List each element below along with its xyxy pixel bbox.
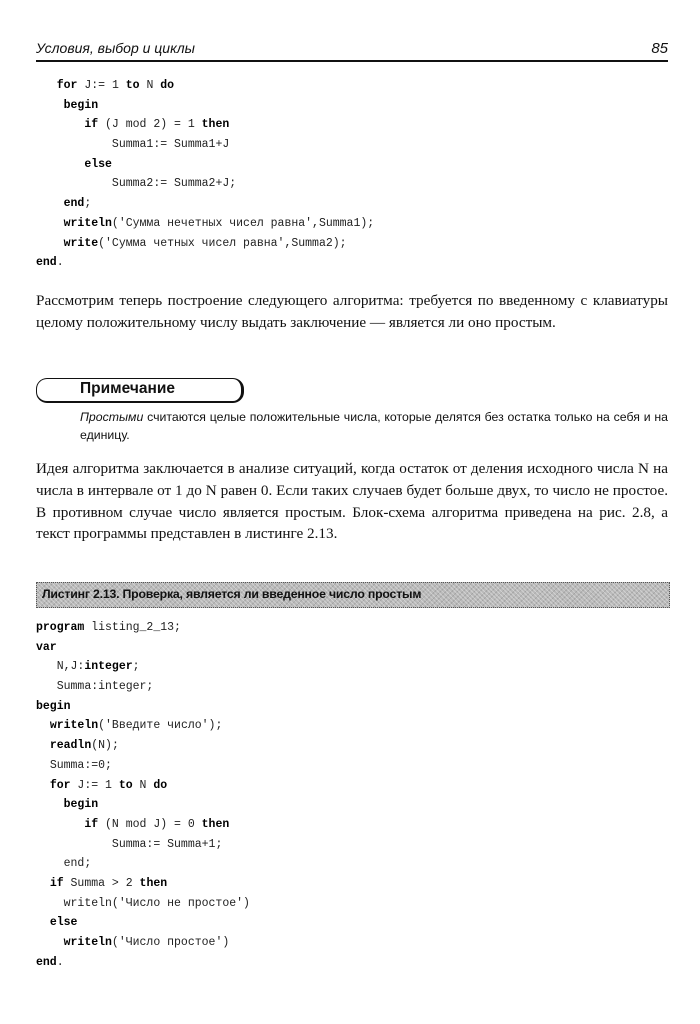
code-text: Summa1:= Summa1+J <box>112 138 229 151</box>
code-text: N <box>140 79 161 92</box>
code-line: if Summa > 2 then <box>36 874 250 894</box>
code-line: begin <box>36 96 374 116</box>
code-keyword: integer <box>84 660 132 673</box>
code-text: J:= 1 <box>71 779 119 792</box>
code-keyword: else <box>84 158 112 171</box>
code-text: (J mod 2) = 1 <box>98 118 202 131</box>
code-keyword: writeln <box>50 719 98 732</box>
code-line: begin <box>36 697 250 717</box>
code-text: ('Введите число'); <box>98 719 222 732</box>
code-text: . <box>57 956 64 969</box>
code-keyword: for <box>50 779 71 792</box>
paragraph-algorithm-intro: Рассмотрим теперь построение следующего … <box>36 290 668 334</box>
chapter-title: Условия, выбор и циклы <box>36 40 195 56</box>
code-keyword: end <box>36 956 57 969</box>
code-text: Summa2:= Summa2+J; <box>112 177 236 190</box>
code-line: writeln('Введите число'); <box>36 716 250 736</box>
code-text: (N mod J) = 0 <box>98 818 202 831</box>
code-keyword: writeln <box>64 936 112 949</box>
code-keyword: begin <box>36 700 71 713</box>
code-line: for J:= 1 to N do <box>36 776 250 796</box>
code-text: writeln('Число не простое') <box>64 897 250 910</box>
code-text: . <box>57 256 64 269</box>
code-keyword: write <box>64 237 99 250</box>
note-heading-box: Примечание <box>36 378 244 403</box>
note-body: Простыми считаются целые положительные ч… <box>80 408 668 444</box>
code-text: end; <box>64 857 92 870</box>
code-line: Summa:= Summa+1; <box>36 835 250 855</box>
code-keyword: for <box>57 79 78 92</box>
code-line: Summa2:= Summa2+J; <box>36 174 374 194</box>
note-heading: Примечание <box>80 380 175 398</box>
code-keyword: then <box>140 877 168 890</box>
code-line: writeln('Число простое') <box>36 933 250 953</box>
code-keyword: then <box>202 818 230 831</box>
code-line: writeln('Сумма нечетных чисел равна',Sum… <box>36 214 374 234</box>
code-line: end. <box>36 253 374 273</box>
code-line: end. <box>36 953 250 973</box>
code-keyword: readln <box>50 739 91 752</box>
code-text: ('Сумма четных чисел равна',Summa2); <box>98 237 346 250</box>
code-line: end; <box>36 194 374 214</box>
code-text: N <box>133 779 154 792</box>
code-keyword: end <box>64 197 85 210</box>
code-line: writeln('Число не простое') <box>36 894 250 914</box>
code-line: if (N mod J) = 0 then <box>36 815 250 835</box>
paragraph-algorithm-idea: Идея алгоритма заключается в анализе сит… <box>36 458 668 545</box>
page-number: 85 <box>651 40 668 57</box>
code-line: if (J mod 2) = 1 then <box>36 115 374 135</box>
code-keyword: writeln <box>64 217 112 230</box>
code-line: var <box>36 638 250 658</box>
code-text: ('Сумма нечетных чисел равна',Summa1); <box>112 217 374 230</box>
code-text: ; <box>133 660 140 673</box>
code-fragment-continued: for J:= 1 to N do begin if (J mod 2) = 1… <box>36 76 374 273</box>
code-text: Summa:= Summa+1; <box>112 838 222 851</box>
code-text: (N); <box>91 739 119 752</box>
running-head: Условия, выбор и циклы 85 <box>36 38 668 62</box>
code-text: ; <box>84 197 91 210</box>
code-keyword: begin <box>64 99 99 112</box>
code-text: Summa > 2 <box>64 877 140 890</box>
code-keyword: else <box>50 916 78 929</box>
code-listing-2-13: program listing_2_13;var N,J:integer; Su… <box>36 618 250 972</box>
book-page: Условия, выбор и циклы 85 for J:= 1 to N… <box>0 0 700 1024</box>
code-keyword: to <box>126 79 140 92</box>
code-text: J:= 1 <box>77 79 125 92</box>
code-line: Summa:integer; <box>36 677 250 697</box>
code-keyword: if <box>84 118 98 131</box>
code-line: begin <box>36 795 250 815</box>
listing-caption-bar: Листинг 2.13. Проверка, является ли введ… <box>36 582 670 608</box>
code-line: write('Сумма четных чисел равна',Summa2)… <box>36 234 374 254</box>
code-keyword: end <box>36 256 57 269</box>
code-keyword: begin <box>64 798 99 811</box>
code-keyword: do <box>160 79 174 92</box>
code-keyword: var <box>36 641 57 654</box>
code-text: Summa:integer; <box>57 680 154 693</box>
code-text: listing_2_13; <box>84 621 181 634</box>
code-line: program listing_2_13; <box>36 618 250 638</box>
note-emphasis: Простыми <box>80 410 143 424</box>
code-keyword: program <box>36 621 84 634</box>
code-text: N,J: <box>57 660 85 673</box>
code-line: else <box>36 155 374 175</box>
code-keyword: if <box>84 818 98 831</box>
code-keyword: do <box>153 779 167 792</box>
code-text: ('Число простое') <box>112 936 229 949</box>
note-text: считаются целые положительные числа, кот… <box>80 410 668 442</box>
code-keyword: then <box>202 118 230 131</box>
code-line: Summa1:= Summa1+J <box>36 135 374 155</box>
code-line: end; <box>36 854 250 874</box>
code-line: else <box>36 913 250 933</box>
code-line: Summa:=0; <box>36 756 250 776</box>
code-keyword: if <box>50 877 64 890</box>
code-text: Summa:=0; <box>50 759 112 772</box>
code-line: readln(N); <box>36 736 250 756</box>
code-line: for J:= 1 to N do <box>36 76 374 96</box>
code-line: N,J:integer; <box>36 657 250 677</box>
listing-caption: Листинг 2.13. Проверка, является ли введ… <box>42 587 421 601</box>
code-keyword: to <box>119 779 133 792</box>
